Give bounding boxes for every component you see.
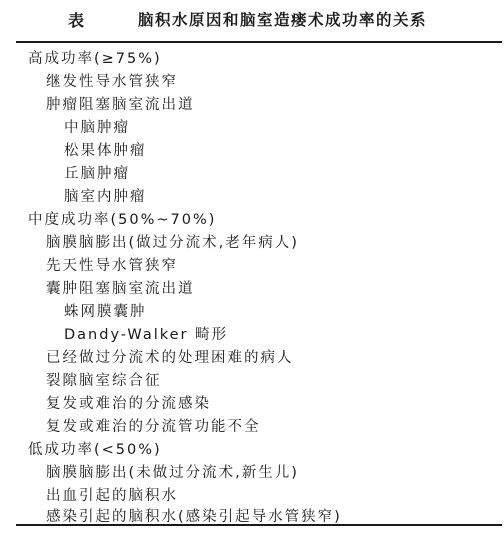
cause-item: 先天性导水管狭窄 [46, 256, 178, 276]
sub-cause-item: 中脑肿瘤 [64, 118, 130, 138]
cause-item: 复发或难治的分流管功能不全 [46, 417, 261, 437]
table-caption: 表 脑积水原因和脑室造瘘术成功率的关系 [0, 8, 504, 32]
sub-cause-item: 松果体肿瘤 [64, 141, 147, 161]
bottom-rule [16, 524, 502, 526]
sub-cause-item: Dandy-Walker 畸形 [64, 325, 228, 345]
category-heading: 中度成功率(50%~70%) [28, 210, 216, 230]
cause-item: 已经做过分流术的处理困难的病人 [46, 348, 294, 368]
cause-item: 脑膜脑膨出(做过分流术,老年病人) [46, 233, 299, 253]
cause-item: 裂隙脑室综合征 [46, 371, 162, 391]
cause-item: 脑膜脑膨出(未做过分流术,新生儿) [46, 463, 299, 483]
sub-cause-item: 丘脑肿瘤 [64, 164, 130, 184]
cause-item: 肿瘤阻塞脑室流出道 [46, 95, 195, 115]
sub-cause-item: 蛛网膜囊肿 [64, 302, 147, 322]
cause-item: 囊肿阻塞脑室流出道 [46, 279, 195, 299]
cause-item: 复发或难治的分流感染 [46, 394, 211, 414]
sub-cause-item: 脑室内肿瘤 [64, 187, 147, 207]
category-heading: 高成功率(≥75%) [28, 49, 162, 69]
category-heading: 低成功率(<50%) [28, 440, 162, 460]
cause-item: 继发性导水管狭窄 [46, 72, 178, 92]
top-rule [16, 41, 502, 43]
cause-item: 出血引起的脑积水 [46, 486, 178, 506]
table-label: 表 [68, 8, 85, 31]
table-title: 脑积水原因和脑室造瘘术成功率的关系 [138, 8, 427, 30]
